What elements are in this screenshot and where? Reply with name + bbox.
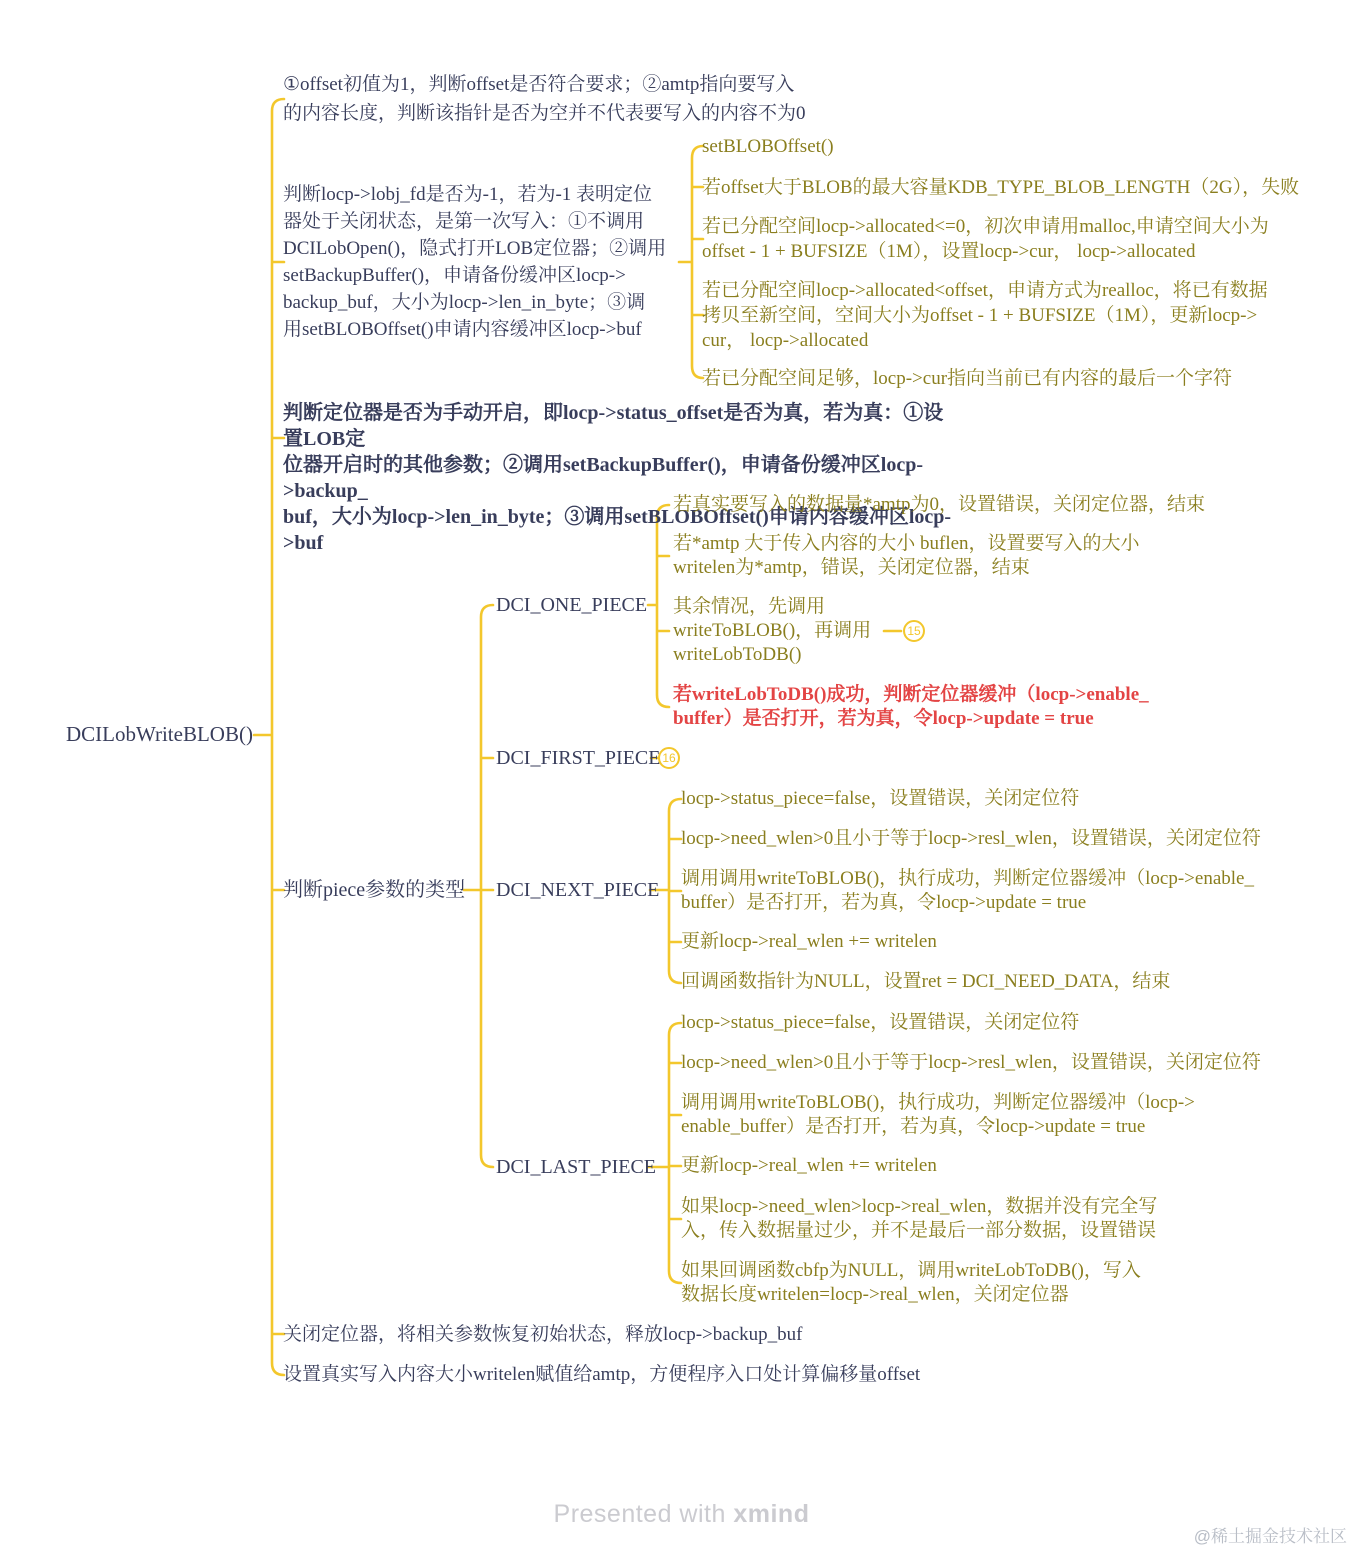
- topic-lobj-fd-check[interactable]: 判断locp->lobj_fd是否为-1，若为-1 表明定位 器处于关闭状态，是…: [283, 181, 666, 343]
- numbering-badge-16: 16: [658, 747, 680, 769]
- subtopic-last-need-wlen[interactable]: locp->need_wlen>0且小于等于locp->resl_wlen，设置…: [681, 1051, 1261, 1075]
- numbering-badge-15: 15: [903, 620, 925, 642]
- subtopic-writelobtodb-success[interactable]: 若writeLobToDB()成功，判断定位器缓冲（locp->enable_ …: [673, 683, 1149, 731]
- subtopic-last-update-real-wlen[interactable]: 更新locp->real_wlen += writelen: [681, 1154, 937, 1178]
- subtopic-next-update-real-wlen[interactable]: 更新locp->real_wlen += writelen: [681, 930, 937, 954]
- xmind-brand: xmind: [733, 1500, 809, 1528]
- topic-close-locator[interactable]: 关闭定位器，将相关参数恢复初始状态，释放locp->backup_buf: [283, 1322, 802, 1347]
- connector-piece-branch: [464, 605, 493, 1167]
- subtopic-other-cases[interactable]: 其余情况，先调用 writeToBLOB()，再调用 writeLobToDB(…: [673, 595, 871, 667]
- presented-with-footer: Presented with xmind: [0, 1500, 1363, 1529]
- topic-dci-one-piece[interactable]: DCI_ONE_PIECE: [496, 593, 647, 618]
- connector-last-piece-branch: [648, 1023, 681, 1283]
- subtopic-next-status-piece[interactable]: locp->status_piece=false，设置错误，关闭定位符: [681, 787, 1079, 811]
- subtopic-next-callback-null[interactable]: 回调函数指针为NULL，设置ret = DCI_NEED_DATA，结束: [681, 970, 1170, 994]
- subtopic-offset-over-max[interactable]: 若offset大于BLOB的最大容量KDB_TYPE_BLOB_LENGTH（2…: [702, 175, 1299, 200]
- subtopic-last-cbfp-null[interactable]: 如果回调函数cbfp为NULL，调用writeLobToDB()，写入 数据长度…: [681, 1259, 1141, 1307]
- subtopic-alloc-enough[interactable]: 若已分配空间足够，locp->cur指向当前已有内容的最后一个字符: [702, 366, 1232, 391]
- subtopic-realloc-alloc[interactable]: 若已分配空间locp->allocated<offset，申请方式为reallo…: [702, 278, 1268, 353]
- community-watermark: @稀土掘金技术社区: [1194, 1522, 1347, 1547]
- subtopic-last-status-piece[interactable]: locp->status_piece=false，设置错误，关闭定位符: [681, 1011, 1079, 1035]
- subtopic-amtp-zero[interactable]: 若真实要写入的数据量*amtp为0，设置错误，关闭定位器，结束: [673, 493, 1205, 517]
- topic-dci-first-piece[interactable]: DCI_FIRST_PIECE: [496, 746, 660, 771]
- topic-dci-next-piece[interactable]: DCI_NEXT_PIECE: [496, 878, 659, 903]
- connector-lobjfd-branch: [679, 146, 703, 378]
- root-topic[interactable]: DCILobWriteBLOB(): [66, 722, 253, 747]
- presented-with-text: Presented with: [554, 1500, 726, 1528]
- subtopic-last-writetoblob[interactable]: 调用调用writeToBLOB()，执行成功，判断定位器缓冲（locp-> en…: [681, 1091, 1195, 1139]
- topic-assign-writelen[interactable]: 设置真实写入内容大小writelen赋值给amtp，方便程序入口处计算偏移量of…: [283, 1362, 920, 1387]
- mindmap-canvas: DCILobWriteBLOB() ①offset初值为1，判断offset是否…: [0, 0, 1363, 1547]
- topic-piece-type[interactable]: 判断piece参数的类型: [283, 878, 465, 903]
- subtopic-next-writetoblob[interactable]: 调用调用writeToBLOB()，执行成功，判断定位器缓冲（locp->ena…: [681, 867, 1254, 915]
- subtopic-setbloboffset[interactable]: setBLOBOffset(): [702, 134, 834, 159]
- subtopic-next-need-wlen[interactable]: locp->need_wlen>0且小于等于locp->resl_wlen，设置…: [681, 827, 1261, 851]
- subtopic-malloc-alloc[interactable]: 若已分配空间locp->allocated<=0，初次申请用malloc,申请空…: [702, 214, 1269, 264]
- subtopic-amtp-over-buflen[interactable]: 若*amtp 大于传入内容的大小 buflen，设置要写入的大小 writele…: [673, 532, 1140, 580]
- topic-dci-last-piece[interactable]: DCI_LAST_PIECE: [496, 1155, 656, 1180]
- connector-root-branch: [254, 99, 284, 1375]
- topic-offset-note[interactable]: ①offset初值为1，判断offset是否符合要求；②amtp指向要写入 的内…: [283, 70, 806, 128]
- subtopic-last-incomplete-write[interactable]: 如果locp->need_wlen>locp->real_wlen，数据并没有完…: [681, 1195, 1157, 1243]
